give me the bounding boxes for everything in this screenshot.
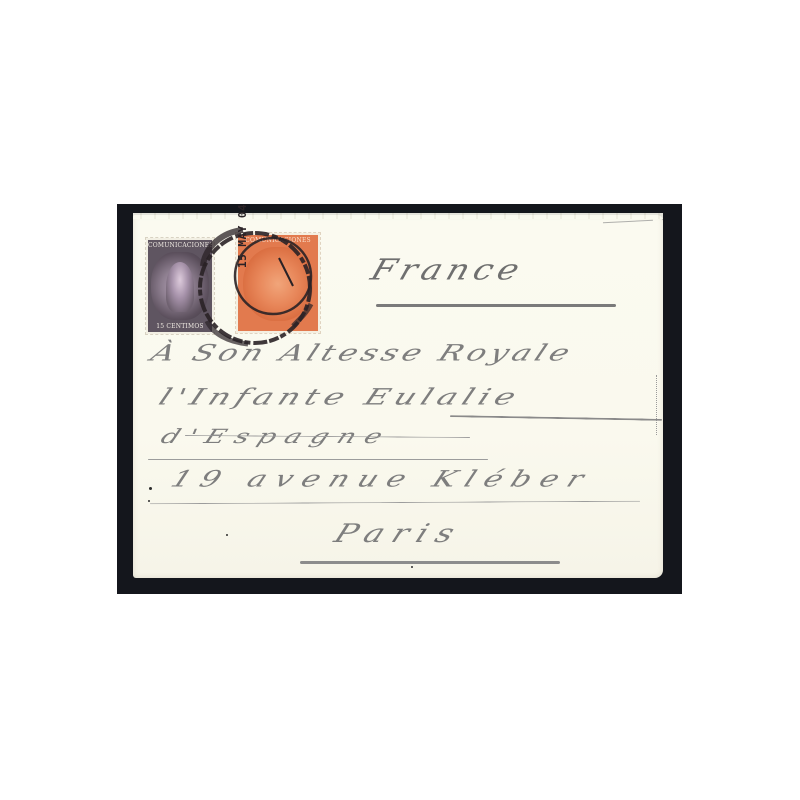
underline-city [300, 561, 560, 564]
guide-line [148, 459, 488, 460]
ink-speck [149, 487, 152, 490]
underline-country [376, 304, 616, 307]
stamp-portrait [166, 262, 194, 312]
destination-country: France [366, 253, 528, 287]
address-line-2: l'Infante Eulalie [155, 384, 526, 410]
envelope-flap-crease [603, 220, 653, 226]
postmark-cancel [193, 226, 319, 348]
address-line-4: 19 avenue Kléber [167, 466, 597, 492]
ink-speck [411, 566, 413, 568]
address-line-1: À Son Altesse Royale [147, 340, 578, 366]
envelope-edge-marks [654, 375, 657, 435]
ink-speck [148, 500, 150, 502]
ink-speck [226, 534, 228, 536]
photo-stage: COMUNICACIONES 15 CENTIMOS COMUNICACIONE… [0, 0, 800, 800]
envelope-torn-edge [133, 213, 663, 219]
postmark-date: 15 MAY 04 [236, 204, 249, 268]
address-line-5: Paris [330, 518, 468, 548]
